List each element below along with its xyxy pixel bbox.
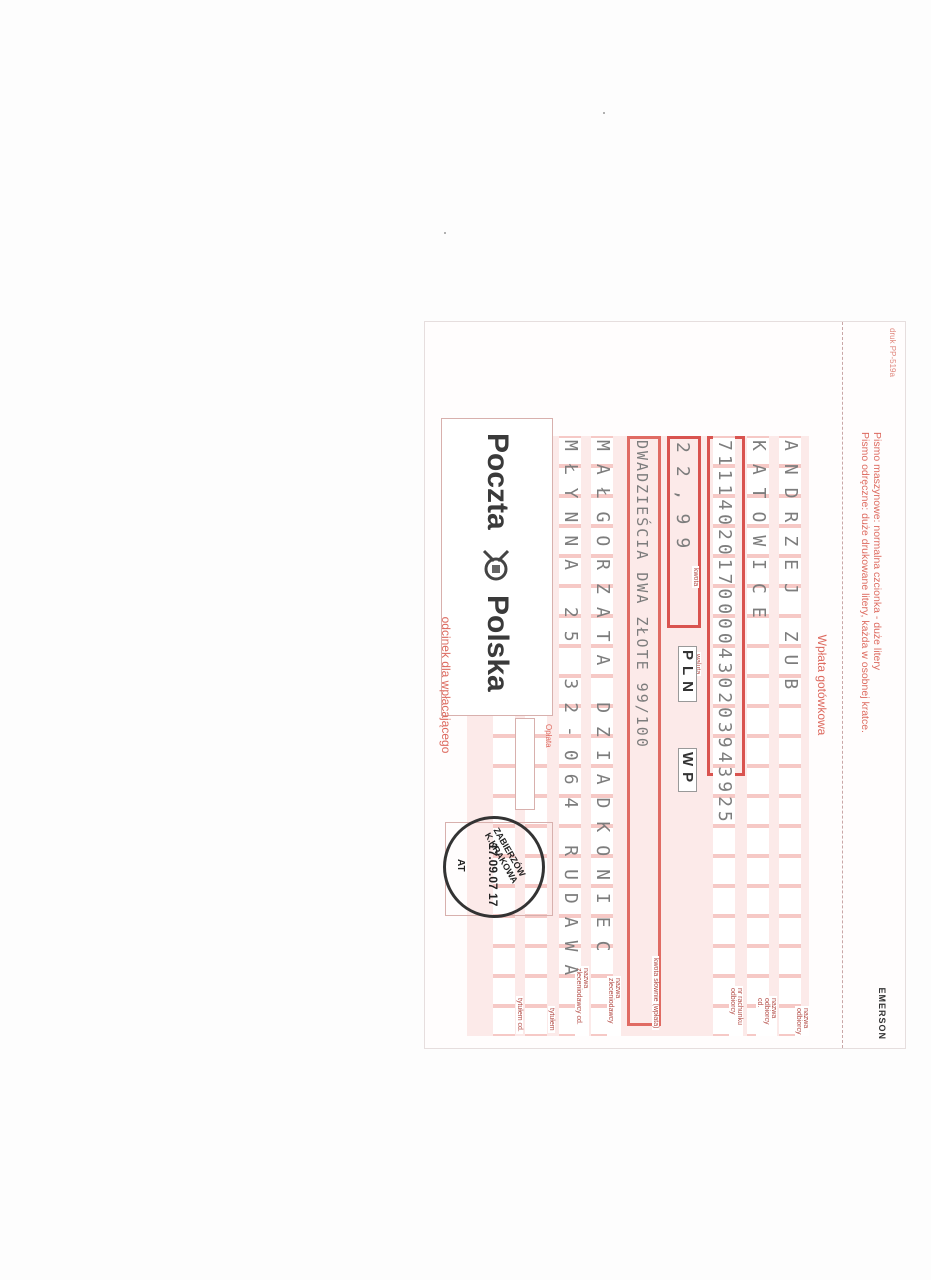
- printer-brand: EMERSON: [877, 987, 887, 1040]
- form-footer: odcinek dla wpłacającego: [439, 322, 453, 1048]
- form-code: druk PP-519a: [888, 328, 897, 377]
- poczta-polska-logo: Poczta Polska: [441, 418, 553, 716]
- logo-word-poczta: Poczta: [480, 433, 514, 530]
- scan-speck: [444, 232, 446, 234]
- field-label: nr rachunku odbiorcy: [729, 986, 743, 1036]
- field-label: tytułem: [548, 1006, 555, 1033]
- account-number-value: 71114020170000430203943925: [714, 440, 735, 826]
- logo-word-polska: Polska: [480, 595, 514, 692]
- scan-speck: [603, 112, 605, 114]
- field-label: nazwa zleceniodawcy: [607, 976, 621, 1036]
- field-label: nazwa odbiorcy cd.: [756, 996, 777, 1036]
- amount-words-value: DWADZIEŚCIA DWA ZŁOTE 99/100: [633, 440, 651, 749]
- instructions: Pismo maszynowe: normalna czcionka - duż…: [859, 432, 883, 733]
- posthorn-icon: [478, 547, 516, 585]
- stamp-code: AT: [455, 859, 466, 872]
- form-title: Wpłata gotówkowa: [815, 322, 829, 1048]
- payment-slip: druk PP-519a Pismo maszynowe: normalna c…: [425, 322, 905, 1048]
- payer-name-value: MAŁGORZATA DZIADKONIEC: [592, 440, 613, 964]
- field-label: kwota: [692, 566, 699, 588]
- instruction-line: Pismo odręczne: duże drukowane litery, k…: [859, 432, 871, 733]
- wp-marker: WP: [678, 748, 697, 792]
- field-label: kwota słownie (wpłata): [652, 956, 659, 1030]
- fee-box[interactable]: [515, 718, 535, 810]
- recipient-city-value: KATOWICE: [748, 440, 769, 631]
- form-header: druk PP-519a Pismo maszynowe: normalna c…: [842, 322, 905, 1048]
- fee-label: Opłata: [544, 724, 553, 748]
- amount-value: 22,99: [672, 442, 693, 561]
- postmark-stamp: ZABIERZÓW K.KRAKOWA 17.09.07 17 AT: [443, 816, 545, 918]
- currency-value: PLN: [678, 646, 697, 702]
- field-label: nazwa odbiorcy: [795, 1006, 809, 1036]
- field-label: tytułem cd.: [516, 996, 523, 1034]
- recipient-name-value: ANDRZEJ ZUB: [780, 440, 801, 702]
- instruction-line: Pismo maszynowe: normalna czcionka - duż…: [871, 432, 883, 733]
- payer-address-value: MŁYNNA 25 32-064 RUDAWA: [560, 440, 581, 988]
- stamp-date: 17.09.07 17: [486, 843, 500, 906]
